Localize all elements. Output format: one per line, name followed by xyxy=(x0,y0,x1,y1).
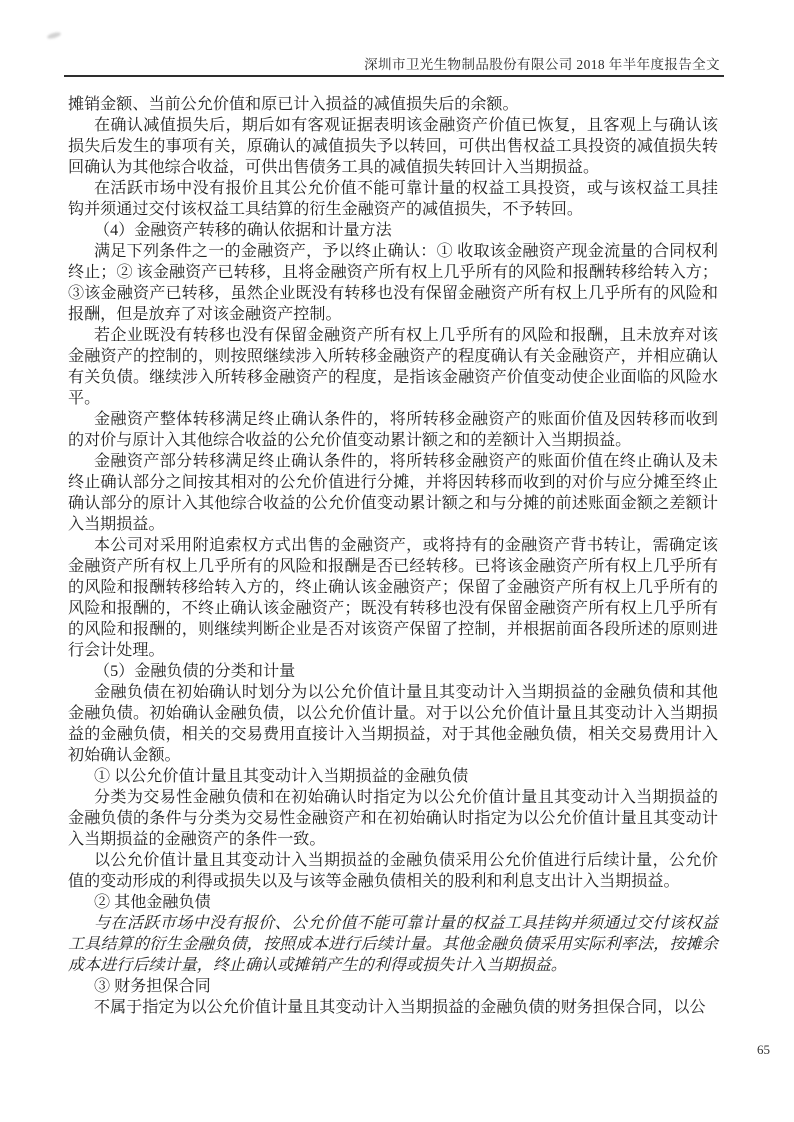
subheading-3-financial-guarantee: ③ 财务担保合同 xyxy=(68,976,718,997)
report-page: 深圳市卫光生物制品股份有限公司 2018 年半年度报告全文 摊销金额、当前公允价… xyxy=(0,0,794,1122)
paragraph-no-reversal: 在活跃市场中没有报价且其公允价值不能可靠计量的权益工具投资，或与该权益工具挂钩并… xyxy=(68,178,718,220)
paragraph-guarantee-contract: 不属于指定为以公允价值计量且其变动计入当期损益的金融负债的财务担保合同，以公 xyxy=(68,997,718,1018)
page-header-title: 深圳市卫光生物制品股份有限公司 2018 年半年度报告全文 xyxy=(64,53,720,73)
heading-4-financial-asset-transfer: （4）金融资产转移的确认依据和计量方法 xyxy=(68,220,718,241)
paragraph-partial-transfer: 金融资产部分转移满足终止确认条件的，将所转移金融资产的账面价值在终止确认及未终止… xyxy=(68,451,718,535)
scan-artifact-mark xyxy=(47,31,62,40)
page-number: 65 xyxy=(757,1042,770,1058)
paragraph-derecognition-conditions: 满足下列条件之一的金融资产，予以终止确认：① 收取该金融资产现金流量的合同权利终… xyxy=(68,241,718,325)
header-rule-divider xyxy=(64,75,724,77)
paragraph-fvtpl-measurement: 以公允价值计量且其变动计入当期损益的金融负债采用公允价值进行后续计量，公允价值的… xyxy=(68,850,718,892)
paragraph-other-liabilities-measurement: 与在活跃市场中没有报价、公允价值不能可靠计量的权益工具挂钩并须通过交付该权益工具… xyxy=(68,913,718,976)
document-body: 摊销金额、当前公允价值和原已计入损益的减值损失后的余额。 在确认减值损失后，期后… xyxy=(68,94,718,1018)
paragraph-full-transfer: 金融资产整体转移满足终止确认条件的，将所转移金融资产的账面价值及因转移而收到的对… xyxy=(68,409,718,451)
paragraph-continuing-involvement: 若企业既没有转移也没有保留金融资产所有权上几乎所有的风险和报酬，且未放弃对该金融… xyxy=(68,325,718,409)
heading-5-financial-liabilities: （5）金融负债的分类和计量 xyxy=(68,661,718,682)
paragraph-fvtpl-conditions: 分类为交易性金融负债和在初始确认时指定为以公允价值计量且其变动计入当期损益的金融… xyxy=(68,787,718,850)
subheading-2-other-liabilities: ② 其他金融负债 xyxy=(68,892,718,913)
paragraph-liability-classification: 金融负债在初始确认时划分为以公允价值计量且其变动计入当期损益的金融负债和其他金融… xyxy=(68,682,718,766)
paragraph-balance-remainder: 摊销金额、当前公允价值和原已计入损益的减值损失后的余额。 xyxy=(68,94,718,115)
paragraph-recourse-sale: 本公司对采用附追索权方式出售的金融资产，或将持有的金融资产背书转让，需确定该金融… xyxy=(68,535,718,661)
paragraph-impairment-reversal: 在确认减值损失后，期后如有客观证据表明该金融资产价值已恢复，且客观上与确认该损失… xyxy=(68,115,718,178)
subheading-1-fvtpl-liabilities: ① 以公允价值计量且其变动计入当期损益的金融负债 xyxy=(68,766,718,787)
